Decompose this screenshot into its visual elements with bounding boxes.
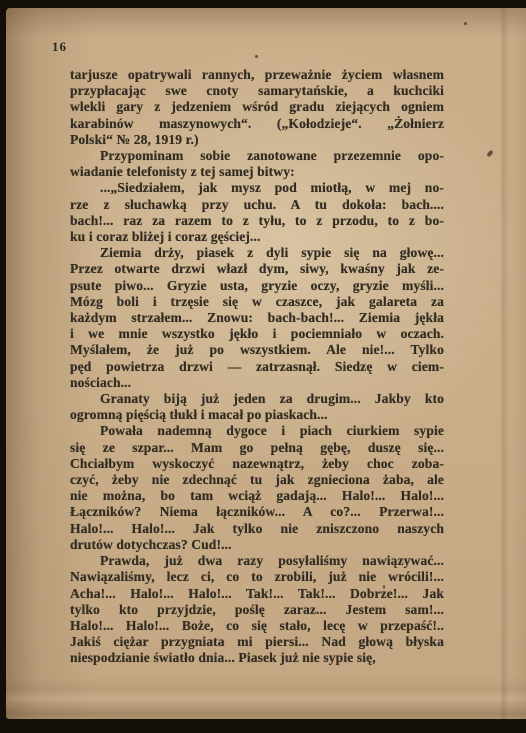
text-block: tarjusze opatrywali rannych, przeważnie … bbox=[70, 67, 444, 667]
text-line: nie można, bo tam wciąż gadają... Halo!.… bbox=[70, 488, 444, 504]
paragraph: Prawda, już dwa razy posyłaliśmy nawiązy… bbox=[70, 553, 444, 666]
text-line: drutów dotychczas? Cud!... bbox=[70, 537, 444, 553]
text-line: przypłacając swe cnoty samarytańskie, a … bbox=[70, 83, 444, 99]
text-line: pęd powietrza drzwi — zatrzasnął. Siedzę… bbox=[70, 359, 444, 375]
text-line: karabinów maszynowych“. („Kołodzieje“. „… bbox=[70, 116, 444, 132]
book-page: 16 tarjusze opatrywali rannych, przeważn… bbox=[6, 8, 526, 719]
paragraph: tarjusze opatrywali rannych, przeważnie … bbox=[70, 67, 444, 148]
paragraph: Przypominam sobie zanotowane przezemnie … bbox=[70, 148, 444, 180]
text-line: Mózg boli i trzęsie się w czaszce, jak g… bbox=[70, 294, 444, 310]
text-line: Acha!... Halo!... Halo!... Tak!... Tak!.… bbox=[70, 586, 444, 602]
text-line: Granaty biją już jeden za drugim... Jakb… bbox=[70, 391, 444, 407]
text-line: Powała nademną dygoce i piach ciurkiem s… bbox=[70, 423, 444, 439]
text-line: Ziemia drży, piasek z dyli sypie się na … bbox=[70, 245, 444, 261]
text-line: Myślałem, że już po wszystkiem. Ale nie!… bbox=[70, 342, 444, 358]
text-line: Prawda, już dwa razy posyłaliśmy nawiązy… bbox=[70, 553, 444, 569]
text-line: ...„Siedziałem, jak mysz pod miotłą, w m… bbox=[70, 180, 444, 196]
text-line: Przez otwarte drzwi włazł dym, siwy, kwa… bbox=[70, 261, 444, 277]
text-line: wiadanie telefonisty z tej samej bitwy: bbox=[70, 164, 444, 180]
text-line: niespodzianie światło dnia... Piasek już… bbox=[70, 650, 444, 666]
text-line: wlekli gary z jedzeniem wśród gradu ziej… bbox=[70, 99, 444, 115]
text-line: Przypominam sobie zanotowane przezemnie … bbox=[70, 148, 444, 164]
text-line: ku i coraz bliżej i coraz gęściej... bbox=[70, 229, 444, 245]
text-line: Chciałbym wyskoczyć nazewnątrz, żeby cho… bbox=[70, 456, 444, 472]
paragraph: Ziemia drży, piasek z dyli sypie się na … bbox=[70, 245, 444, 391]
text-line: i we mnie wszystko jękło i pociemniało w… bbox=[70, 326, 444, 342]
text-line: ogromną pięścią tłukł i macał po piaskac… bbox=[70, 407, 444, 423]
text-line: Halo!... Halo!... Jak tylko nie zniszczo… bbox=[70, 521, 444, 537]
scanned-page-background: 16 tarjusze opatrywali rannych, przeważn… bbox=[0, 0, 526, 733]
text-line: Łączników? Niema łączników... A co?... P… bbox=[70, 504, 444, 520]
text-line: się ze szpar... Mam go pełną gębę, duszę… bbox=[70, 440, 444, 456]
text-line: tarjusze opatrywali rannych, przeważnie … bbox=[70, 67, 444, 83]
text-line: rze z słuchawką przy uchu. A tu dokoła: … bbox=[70, 197, 444, 213]
paragraph: ...„Siedziałem, jak mysz pod miotłą, w m… bbox=[70, 180, 444, 245]
paragraph: Granaty biją już jeden za drugim... Jakb… bbox=[70, 391, 444, 423]
text-line: Polski“ № 28, 1919 r.) bbox=[70, 132, 444, 148]
ink-speck bbox=[464, 22, 467, 25]
text-line: Jakiś ciężar przygniata mi piersi... Nad… bbox=[70, 634, 444, 650]
page-number: 16 bbox=[52, 39, 67, 55]
text-line: każdym strzałem... Znowu: bach-bach!... … bbox=[70, 310, 444, 326]
ink-speck bbox=[383, 585, 385, 589]
text-line: Nawiązaliśmy, lecz ci, co to zrobili, ju… bbox=[70, 569, 444, 585]
ink-speck bbox=[486, 150, 494, 158]
text-line: bach!... raz za razem to z tyłu, to z pr… bbox=[70, 213, 444, 229]
text-line: tylko kto przyjdzie, poślę zaraz... Jest… bbox=[70, 602, 444, 618]
text-line: nościach... bbox=[70, 375, 444, 391]
ink-speck bbox=[255, 55, 258, 58]
paragraph: Powała nademną dygoce i piach ciurkiem s… bbox=[70, 423, 444, 553]
text-line: psute piwo... Gryzie usta, gryzie oczy, … bbox=[70, 278, 444, 294]
text-line: czyć, żeby nie zdechnąć tu jak zgniecion… bbox=[70, 472, 444, 488]
text-line: Halo!... Halo!... Boże, co się stało, le… bbox=[70, 618, 444, 634]
